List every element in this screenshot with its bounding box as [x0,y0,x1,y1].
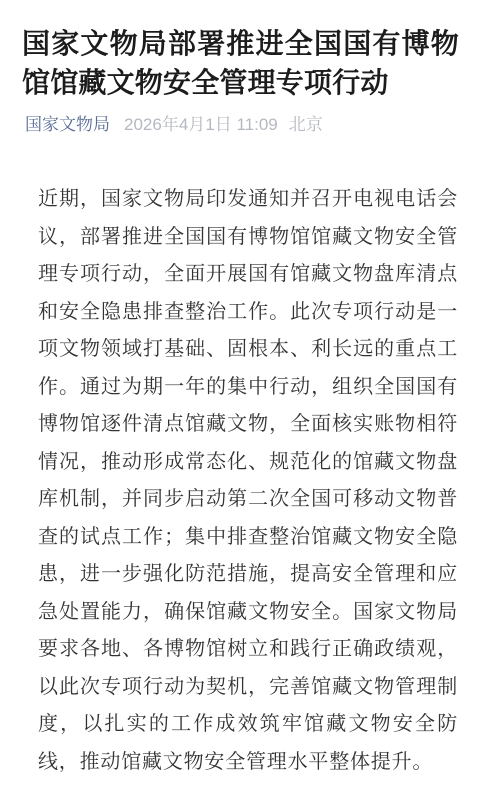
article-body: 近期，国家文物局印发通知并召开电视电话会议，部署推进全国国有博物馆馆藏文物安全管… [0,137,481,781]
article-title: 国家文物局部署推进全国国有博物馆馆藏文物安全管理专项行动 [0,0,481,102]
source-link[interactable]: 国家文物局 [25,113,110,137]
publish-location: 北京 [289,113,323,137]
publish-date: 2026年4月1日 11:09 [124,113,278,137]
article-meta: 国家文物局 2026年4月1日 11:09 北京 [0,102,481,137]
article-page: 国家文物局部署推进全国国有博物馆馆藏文物安全管理专项行动 国家文物局 2026年… [0,0,481,800]
